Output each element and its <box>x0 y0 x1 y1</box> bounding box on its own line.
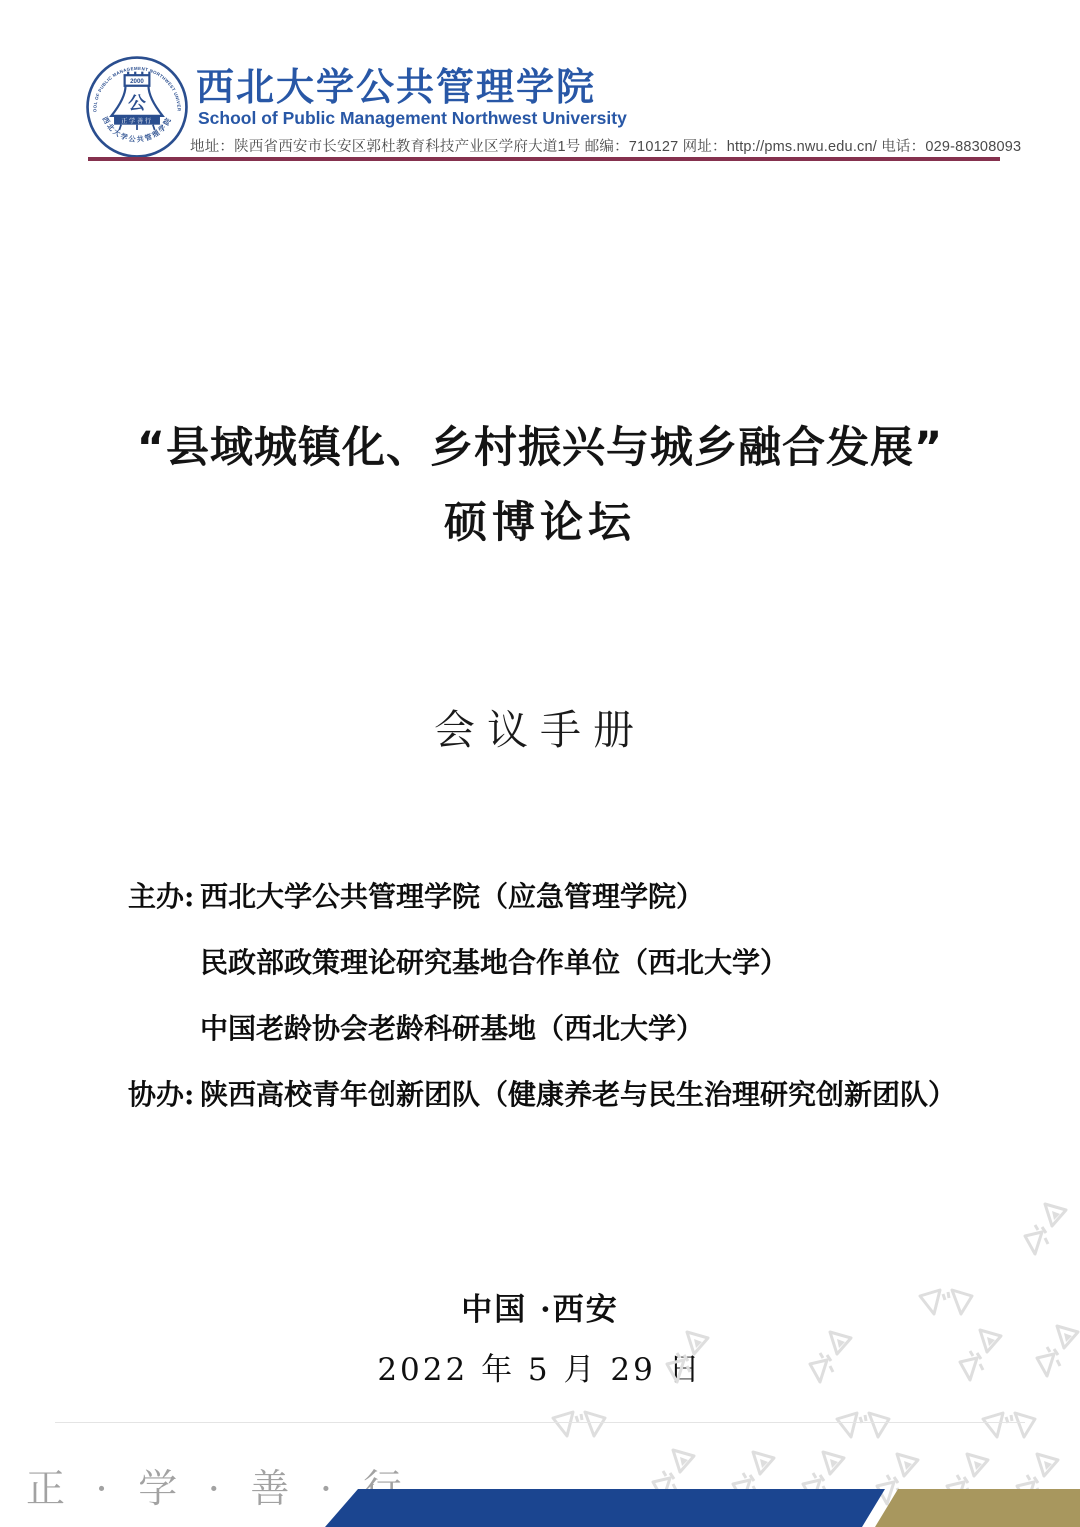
school-seal-icon: SCHOOL OF PUBLIC MANAGEMENT NORTHWEST UN… <box>84 54 190 160</box>
handbook-title: 会议手册 <box>0 697 1080 756</box>
school-name-cn: 西北大学公共管理学院 <box>196 56 596 111</box>
organizer-label: 主办: <box>128 875 200 915</box>
cover-title-line2: 硕博论坛 <box>0 489 1080 550</box>
triangle-logo-watermark-icon <box>979 1407 1039 1441</box>
seal-banner-text: 正学善行 <box>121 117 153 125</box>
organizers-list: 主办: 西北大学公共管理学院（应急管理学院） 民政部政策理论研究基地合作单位（西… <box>128 862 956 1126</box>
organizer-row-host: 主办: 西北大学公共管理学院（应急管理学院） <box>128 862 956 928</box>
organizer-row-cohost: 协办: 陕西高校青年创新团队（健康养老与民生治理研究创新团队） <box>128 1060 956 1126</box>
triangle-logo-watermark-icon <box>833 1407 893 1441</box>
organizer-text: 西北大学公共管理学院（应急管理学院） <box>200 875 704 915</box>
document-page: SCHOOL OF PUBLIC MANAGEMENT NORTHWEST UN… <box>0 0 1080 1527</box>
address-line: 地址：陕西省西安市长安区郭杜教育科技产业区学府大道1号 邮编：710127 网址… <box>190 135 1021 156</box>
seal-year: 2000 <box>130 78 144 85</box>
location-text: 中国 ·西安 <box>0 1284 1080 1329</box>
cover-title-line1: “县域城镇化、乡村振兴与城乡融合发展” <box>0 414 1080 475</box>
letterhead-divider-rule <box>88 157 1000 161</box>
organizer-row: 民政部政策理论研究基地合作单位（西北大学） <box>128 928 956 994</box>
footer-band <box>0 1489 1080 1527</box>
organizer-label: 协办: <box>128 1073 200 1113</box>
organizer-row: 中国老龄协会老龄科研基地（西北大学） <box>128 994 956 1060</box>
date-text: 2022 年 5 月 29 日 <box>0 1344 1080 1389</box>
seal-center-glyph: 公 <box>128 93 146 113</box>
page-fold-line <box>55 1422 1025 1423</box>
organizer-text: 民政部政策理论研究基地合作单位（西北大学） <box>200 941 788 981</box>
organizer-text: 陕西高校青年创新团队（健康养老与民生治理研究创新团队） <box>200 1073 956 1113</box>
school-name-en: School of Public Management Northwest Un… <box>198 108 627 129</box>
organizer-text: 中国老龄协会老龄科研基地（西北大学） <box>200 1007 704 1047</box>
triangle-logo-watermark-icon <box>549 1406 609 1440</box>
triangle-logo-watermark-icon <box>1021 1200 1069 1258</box>
